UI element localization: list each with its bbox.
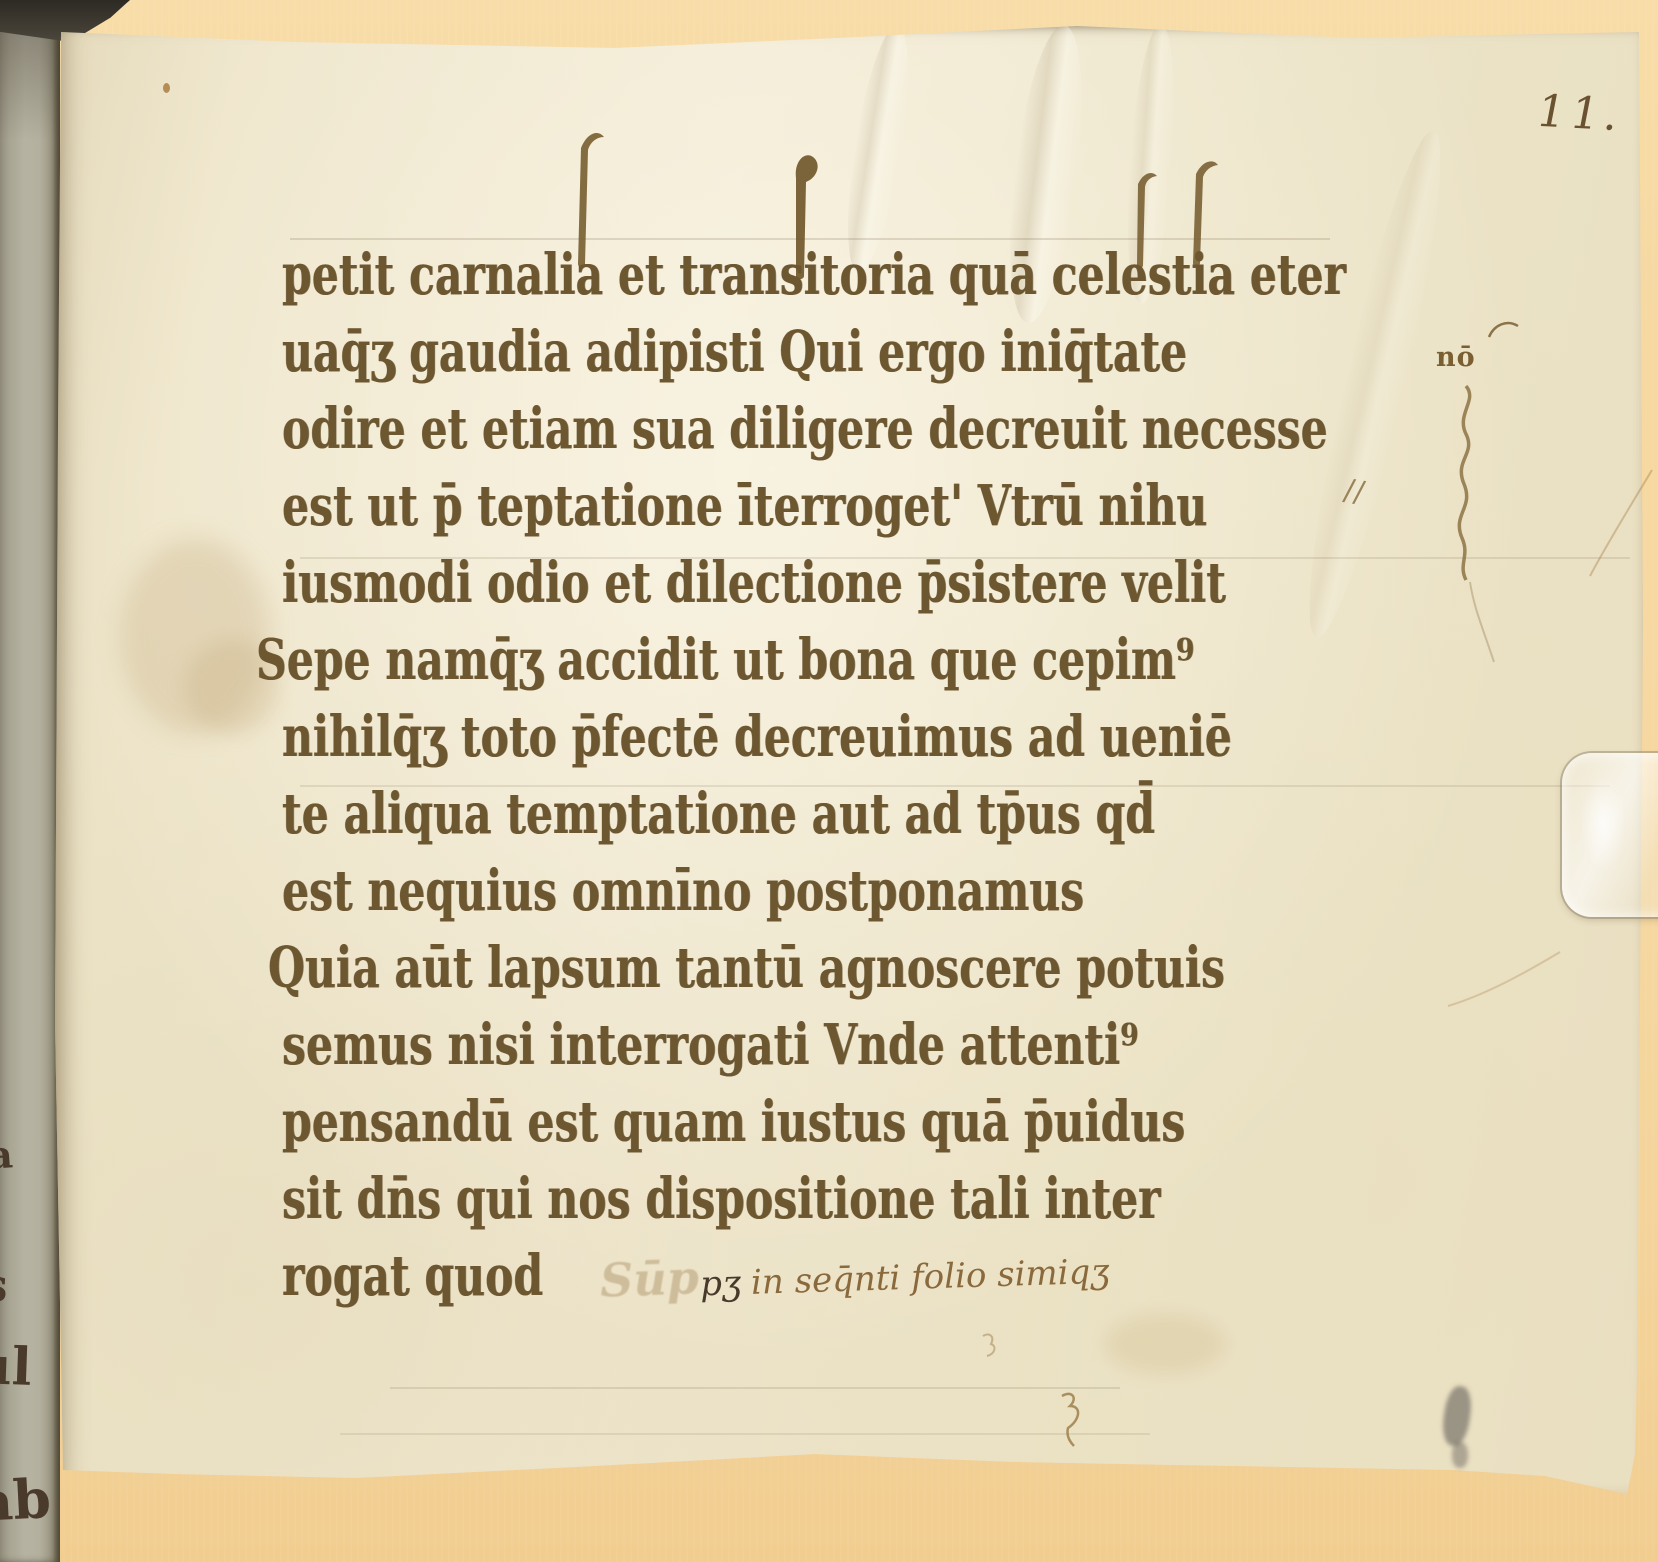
page-fragment-letter: ab xyxy=(0,1466,52,1534)
manuscript-text-line: est ut p̄ teptatione īterroget' Vtrū nih… xyxy=(282,478,1207,534)
manuscript-text-line: est nequius omnīno postponamus xyxy=(282,863,1084,919)
glass-tab xyxy=(1562,753,1658,917)
book-edge: a s ul ab xyxy=(0,0,60,1562)
manuscript-text-line: nihilq̄ʒ toto p̄fectē decreuimus ad ueni… xyxy=(282,709,1232,765)
folio-number: 11. xyxy=(1532,86,1629,142)
ink-smudge xyxy=(1452,1442,1468,1468)
manuscript-text-line: pensandū est quam iustus quā p̄uidus xyxy=(282,1094,1185,1150)
crease xyxy=(1287,124,1462,644)
page-fragment-letter: ul xyxy=(0,1335,33,1398)
ink-speck xyxy=(163,83,170,93)
ruling-line xyxy=(340,1433,1150,1435)
cursive-annotation-lead: pʒ xyxy=(699,1263,741,1304)
manuscript-text-line: te aliqua temptatione aut ad tp̄us qd̄ xyxy=(282,786,1155,842)
manuscript-text-line: petit carnalia et transitoria quā celest… xyxy=(282,247,1346,303)
stain xyxy=(1105,1314,1225,1374)
margin-nota: nō xyxy=(1436,342,1476,373)
manuscript-text-line: rogat quod xyxy=(282,1248,543,1304)
photo-backdrop: a s ul ab pet xyxy=(0,0,1658,1562)
page-fragment-letter: a xyxy=(0,1131,14,1178)
manuscript-text-line: semus nisi interrogati Vnde attenti⁹ xyxy=(282,1017,1139,1073)
manuscript-text-line: uaq̄ʒ gaudia adipisti Qui ergo iniq̄tate xyxy=(282,324,1187,380)
page-fragment-letter: s xyxy=(0,1257,9,1312)
ruling-line xyxy=(390,1387,1120,1389)
erased-word: Sūp xyxy=(599,1250,700,1307)
manuscript-text-line: odire et etiam sua diligere decreuit nec… xyxy=(282,401,1328,457)
manuscript-text-line: sit dn̄s qui nos dispositione tali inter xyxy=(282,1171,1161,1227)
ruling-line xyxy=(290,238,1330,240)
manuscript-text-line: Sepe namq̄ʒ accidit ut bona que cepim⁹ xyxy=(256,632,1195,688)
manuscript-text-line: iusmodi odio et dilectione p̄sistere vel… xyxy=(282,555,1226,611)
manuscript-text-line: Quia aūt lapsum tantū agnoscere potuis xyxy=(268,940,1225,996)
